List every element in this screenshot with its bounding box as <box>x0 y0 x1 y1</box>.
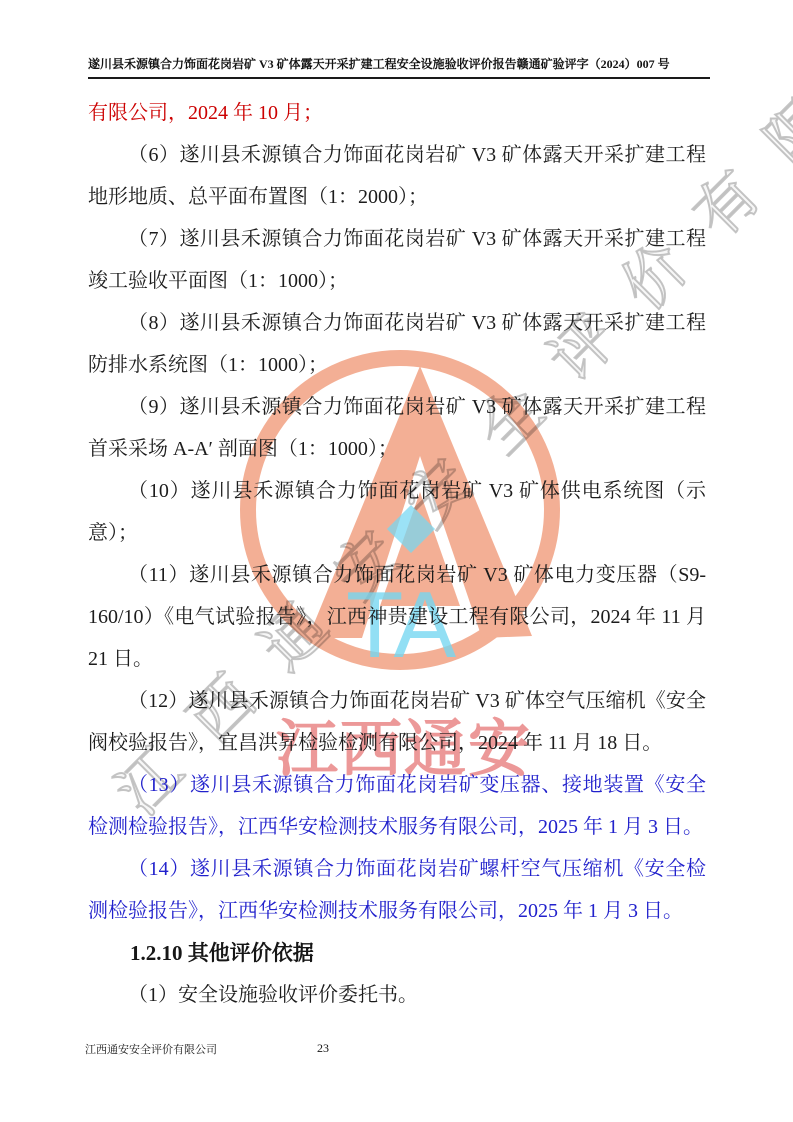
paragraph-item-12: （12）遂川县禾源镇合力饰面花岗岩矿 V3 矿体空气压缩机《安全阀校验报告》，宜… <box>88 680 706 764</box>
paragraph-item-10: （10）遂川县禾源镇合力饰面花岗岩矿 V3 矿体供电系统图（示意）； <box>88 470 706 554</box>
paragraph-other-item-1: （1）安全设施验收评价委托书。 <box>88 974 706 1016</box>
paragraph-item-14: （14）遂川县禾源镇合力饰面花岗岩矿螺杆空气压缩机《安全检测检验报告》，江西华安… <box>88 848 706 932</box>
paragraph-continuation: 有限公司，2024 年 10 月； <box>88 92 706 134</box>
footer-company-name: 江西通安安全评价有限公司 <box>85 1041 217 1057</box>
paragraph-item-11: （11）遂川县禾源镇合力饰面花岗岩矿 V3 矿体电力变压器（S9-160/10）… <box>88 554 706 680</box>
section-heading: 1.2.10 其他评价依据 <box>88 932 706 974</box>
paragraph-item-9: （9）遂川县禾源镇合力饰面花岗岩矿 V3 矿体露天开采扩建工程首采采场 A-A′… <box>88 386 706 470</box>
paragraph-item-7: （7）遂川县禾源镇合力饰面花岗岩矿 V3 矿体露天开采扩建工程竣工验收平面图（1… <box>88 218 706 302</box>
document-body: 有限公司，2024 年 10 月； （6）遂川县禾源镇合力饰面花岗岩矿 V3 矿… <box>88 92 706 1016</box>
page-header: 遂川县禾源镇合力饰面花岗岩矿 V3 矿体露天开采扩建工程安全设施验收评价报告 赣… <box>88 55 710 79</box>
paragraph-item-6: （6）遂川县禾源镇合力饰面花岗岩矿 V3 矿体露天开采扩建工程地形地质、总平面布… <box>88 134 706 218</box>
paragraph-item-8: （8）遂川县禾源镇合力饰面花岗岩矿 V3 矿体露天开采扩建工程防排水系统图（1：… <box>88 302 706 386</box>
header-doc-number: 赣通矿验评字（2024）007 号 <box>517 55 670 72</box>
document-page: 江西通安安全评价有限公司 TA 江西通安 遂川县禾源镇合力饰面花岗岩矿 V3 矿… <box>0 0 793 1122</box>
paragraph-item-13: （13）遂川县禾源镇合力饰面花岗岩矿变压器、接地装置《安全检测检验报告》，江西华… <box>88 764 706 848</box>
header-report-title: 遂川县禾源镇合力饰面花岗岩矿 V3 矿体露天开采扩建工程安全设施验收评价报告 <box>88 55 517 72</box>
footer-page-number: 23 <box>308 1041 338 1056</box>
